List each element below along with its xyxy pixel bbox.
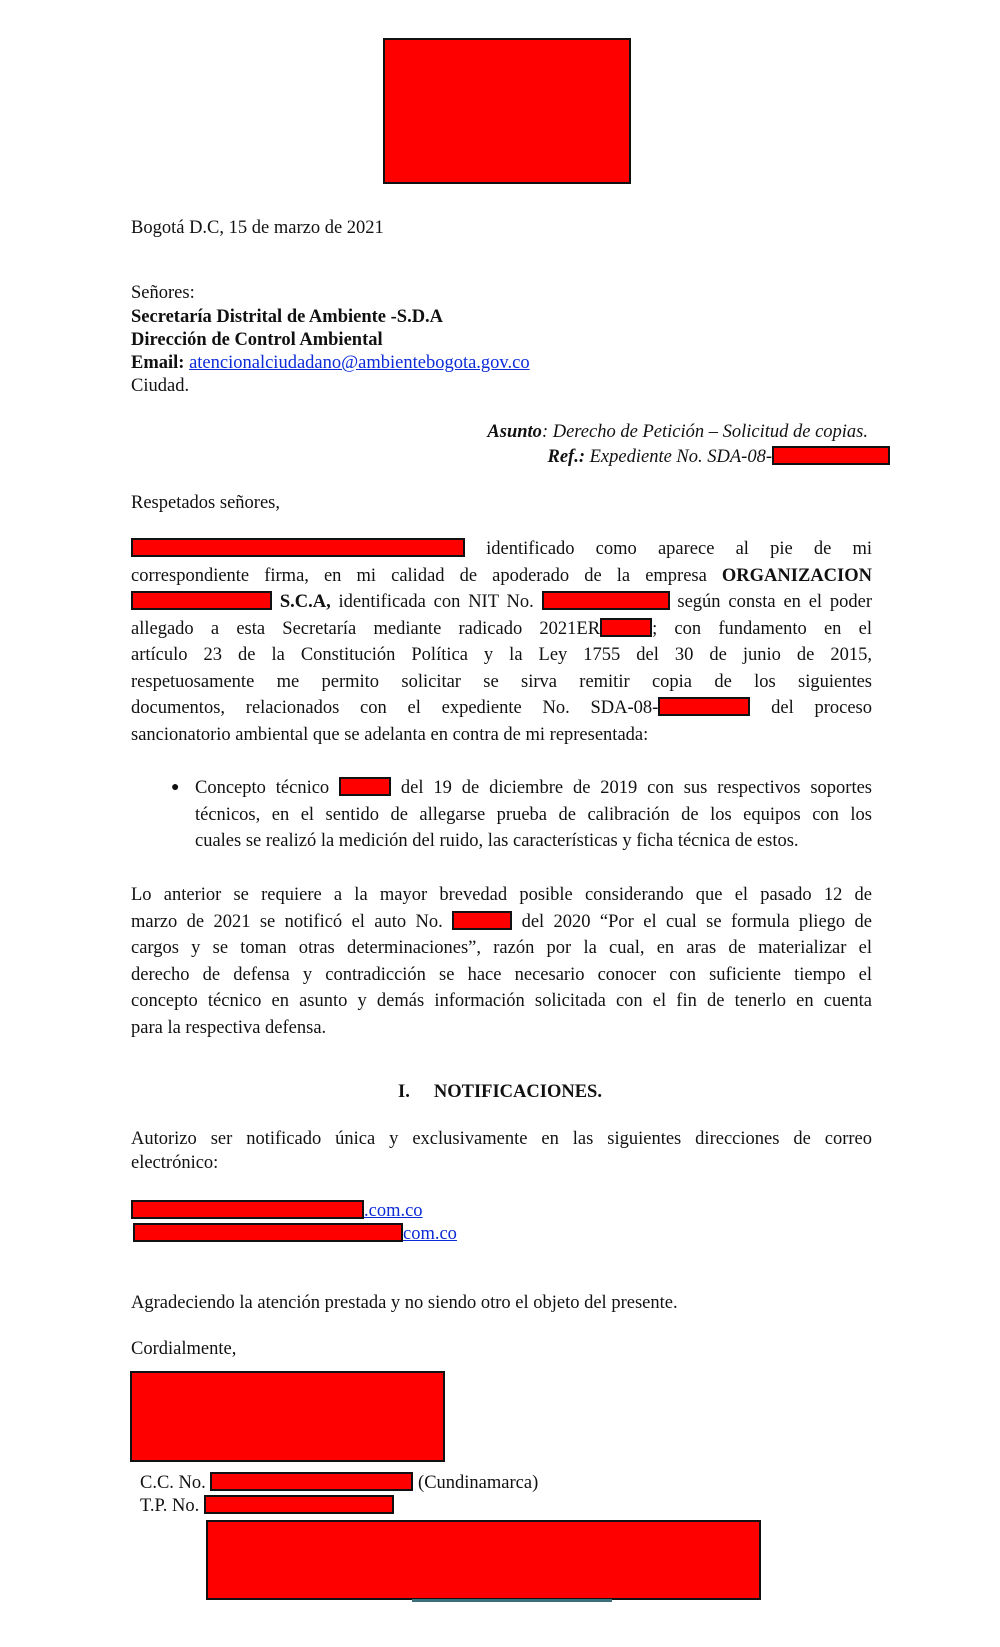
- recipient-city: Ciudad.: [131, 374, 189, 398]
- body-paragraph: identificado como aparece al pie de mi c…: [131, 536, 872, 748]
- justification-paragraph: Lo anterior se requiere a la mayor breve…: [131, 882, 872, 1041]
- redacted-concepto-number: [339, 777, 391, 796]
- redacted-attorney-name: [131, 538, 465, 557]
- section-number: I.: [398, 1082, 410, 1103]
- redacted-radicado-number: [600, 618, 652, 637]
- redacted-cc-number: [210, 1472, 413, 1491]
- redacted-letterhead-logo: [383, 38, 631, 184]
- redacted-footer: [206, 1520, 761, 1600]
- footer-underline-fragment: [412, 1599, 612, 1602]
- redacted-email-2: [133, 1223, 403, 1242]
- list-item: Concepto técnico del 19 de diciembre de …: [195, 775, 872, 855]
- recipient-email-link[interactable]: atencionalciudadano@ambientebogota.gov.c…: [189, 353, 530, 373]
- redacted-email-1: [131, 1200, 364, 1219]
- notification-email-2[interactable]: com.co: [131, 1222, 457, 1246]
- body-line-8: sancionatorio ambiental que se adelanta …: [131, 722, 872, 749]
- section-title: NOTIFICACIONES.: [434, 1082, 602, 1102]
- section-heading-notificaciones: I.NOTIFICACIONES.: [0, 1082, 1000, 1103]
- recipient-email-line: Email: atencionalciudadano@ambientebogot…: [131, 351, 530, 375]
- body-line-1: identificado como aparece al pie de mi: [131, 536, 872, 563]
- notification-email-1[interactable]: .com.co: [131, 1199, 423, 1223]
- body-line-2: correspondiente firma, en mi calidad de …: [131, 563, 872, 590]
- redacted-signature: [130, 1371, 445, 1462]
- email-label: Email:: [131, 353, 184, 373]
- body-line-7: documentos, relacionados con el expedien…: [131, 695, 872, 722]
- letter-page: Bogotá D.C, 15 de marzo de 2021 Señores:…: [0, 0, 1000, 1647]
- bullet-icon: ●: [171, 775, 179, 802]
- sign-off: Cordialmente,: [131, 1337, 236, 1361]
- recipient-org-line2: Dirección de Control Ambiental: [131, 328, 383, 352]
- greeting: Respetados señores,: [131, 491, 280, 515]
- signature-tp-line: T.P. No.: [140, 1494, 394, 1518]
- redacted-expediente-number-2: [658, 697, 750, 716]
- redacted-expediente-number: [772, 446, 890, 465]
- closing-line: Agradeciendo la atención prestada y no s…: [131, 1291, 678, 1315]
- date-line: Bogotá D.C, 15 de marzo de 2021: [131, 216, 384, 240]
- ref-text: Expediente No. SDA-08-: [585, 447, 772, 467]
- asunto-text: : Derecho de Petición – Solicitud de cop…: [542, 422, 868, 442]
- redacted-tp-number: [204, 1495, 394, 1514]
- redacted-company-name: [131, 591, 272, 610]
- body-line-3: S.C.A, identificada con NIT No. según co…: [131, 589, 872, 616]
- ref-label: Ref.:: [548, 447, 586, 467]
- signature-cc-line: C.C. No. (Cundinamarca): [140, 1471, 538, 1495]
- recipient-org-line1: Secretaría Distrital de Ambiente -S.D.A: [131, 305, 443, 329]
- asunto-label: Asunto: [487, 422, 542, 442]
- body-line-6: respetuosamente me permito solicitar se …: [131, 669, 872, 696]
- body-line-4: allegado a esta Secretaría mediante radi…: [131, 616, 872, 643]
- recipient-salutation: Señores:: [131, 281, 195, 305]
- notifications-paragraph: Autorizo ser notificado única y exclusiv…: [131, 1127, 872, 1175]
- redacted-nit-number: [542, 591, 670, 610]
- body-line-5: artículo 23 de la Constitución Política …: [131, 642, 872, 669]
- subject-asunto-line: Asunto: Derecho de Petición – Solicitud …: [487, 420, 868, 444]
- redacted-auto-number: [452, 911, 512, 930]
- subject-ref-line: Ref.: Expediente No. SDA-08-: [548, 445, 891, 469]
